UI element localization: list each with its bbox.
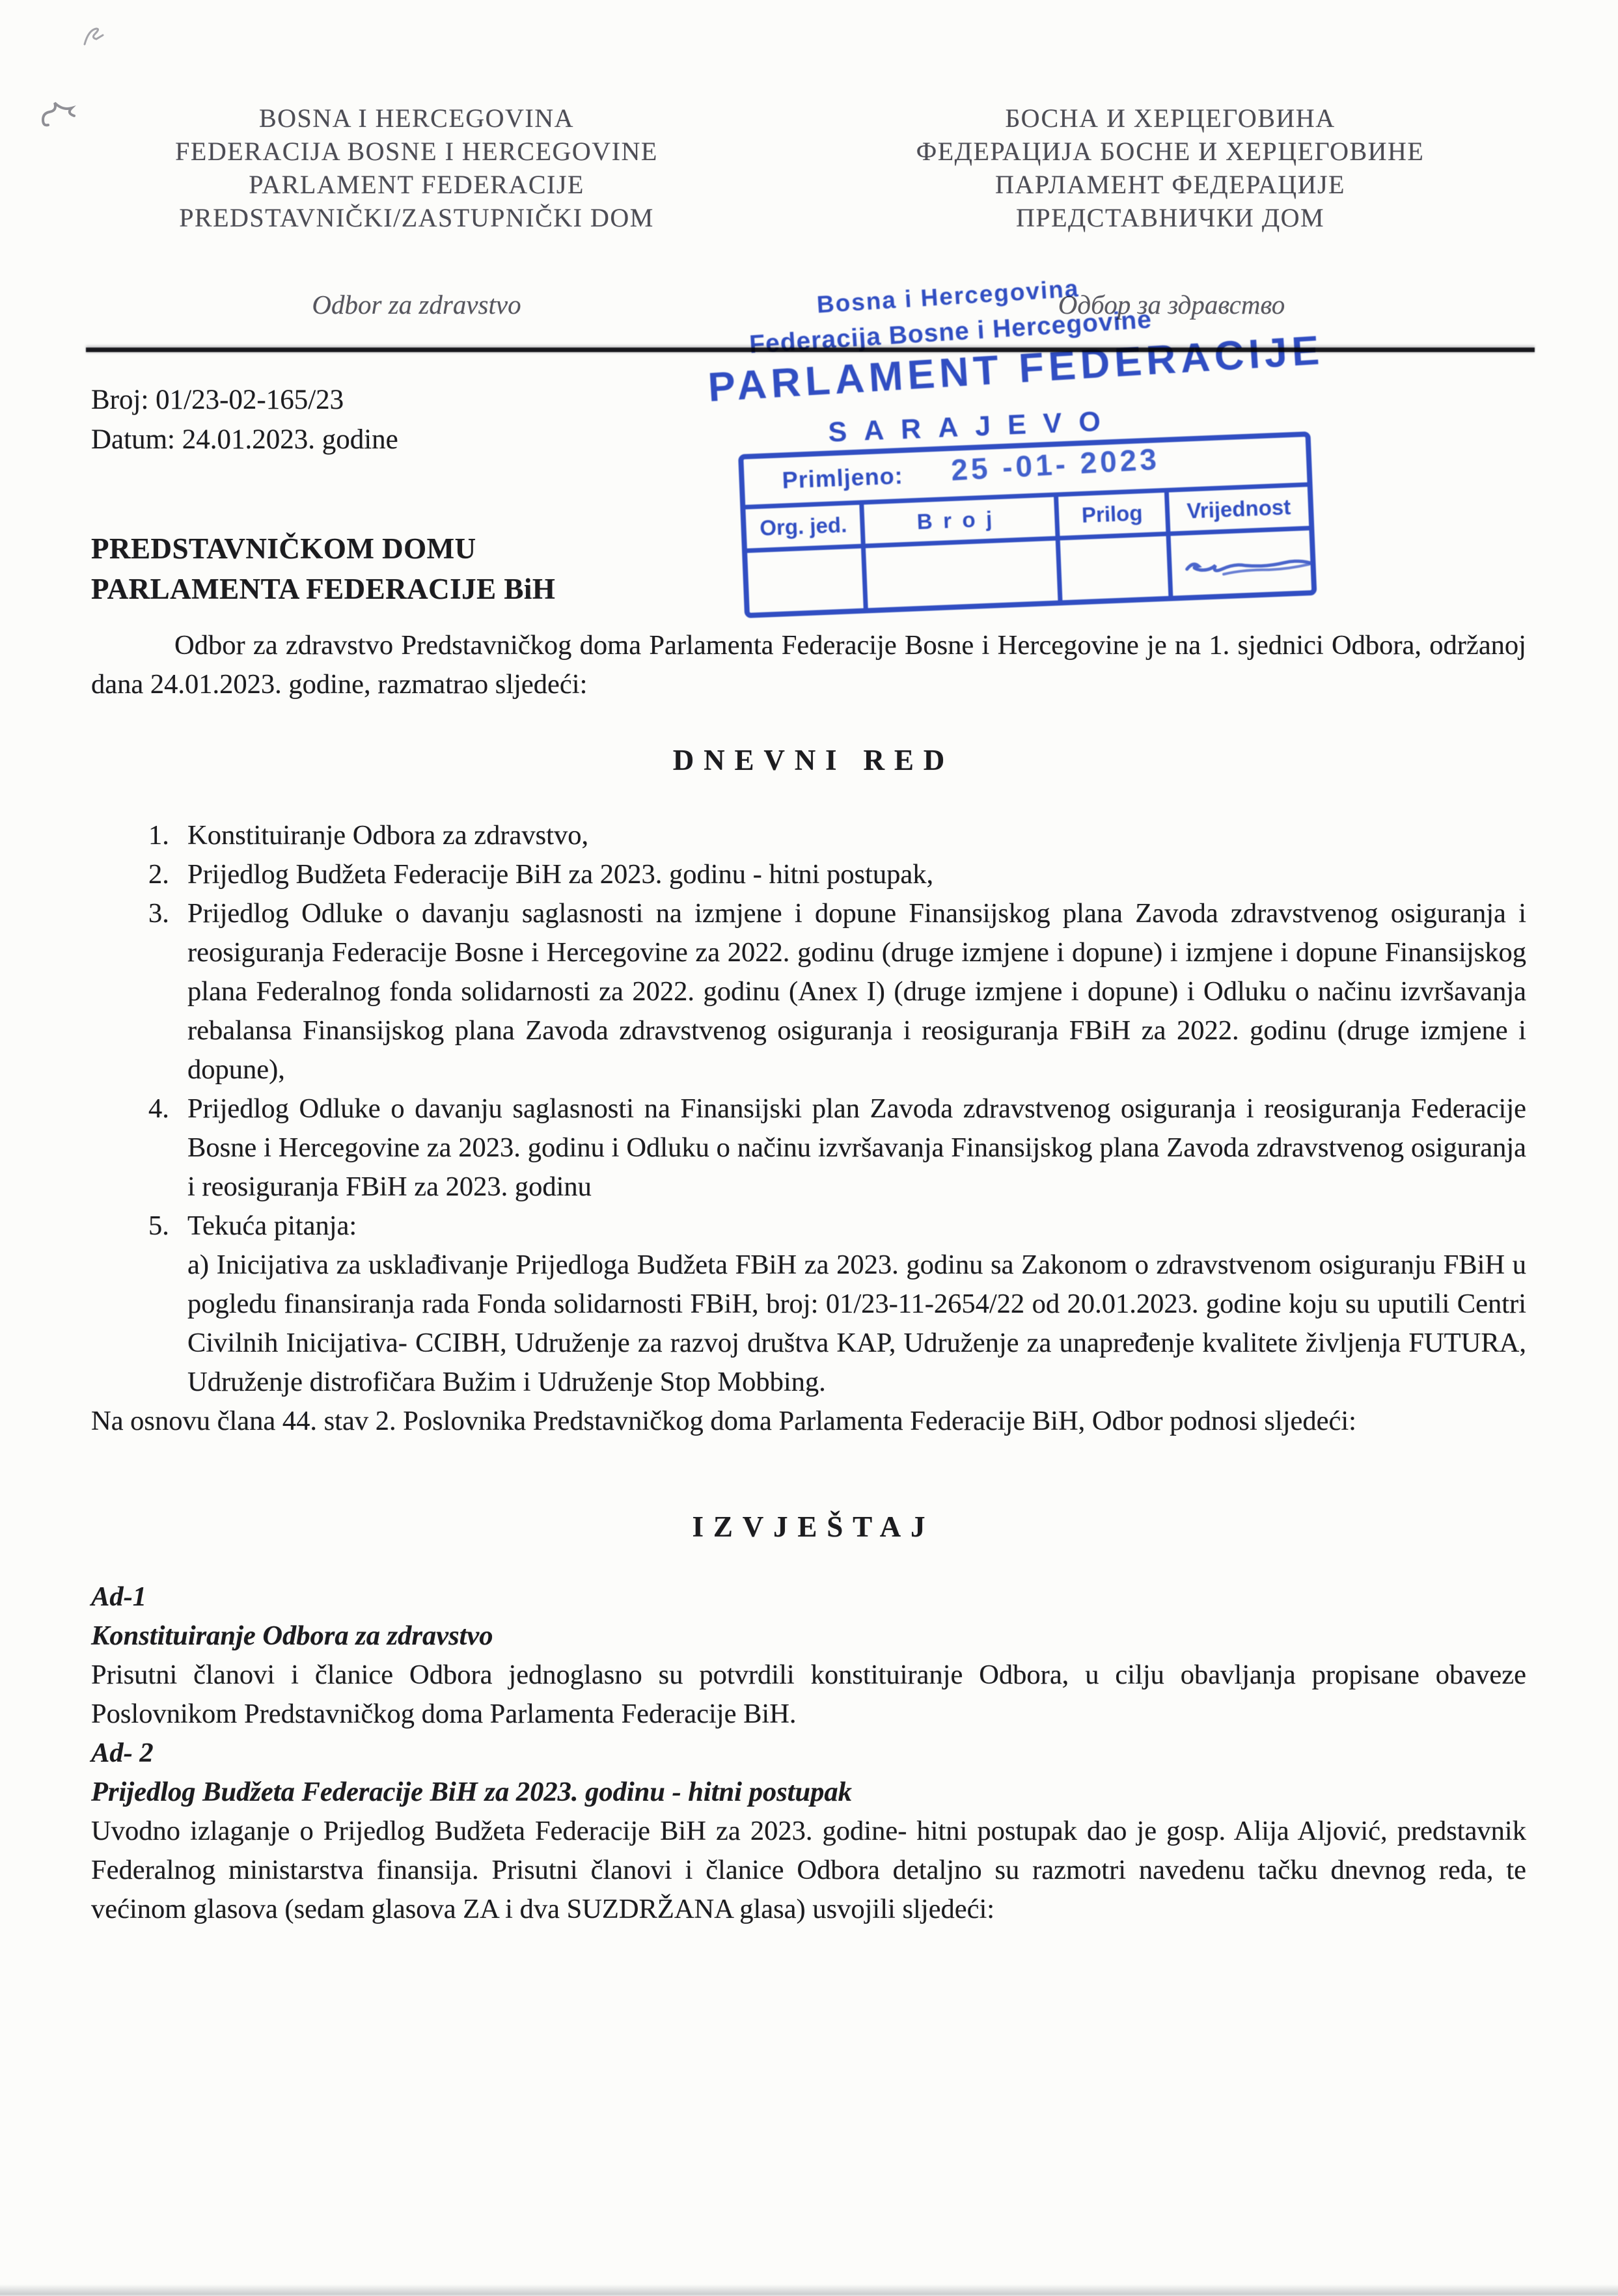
stamp-col-vrijednost: Vrijednost xyxy=(1164,487,1309,532)
recipient-line1: PREDSTAVNIČKOM DOMU xyxy=(91,528,555,569)
ad2-paragraph: Uvodno izlaganje o Prijedlog Budžeta Fed… xyxy=(91,1812,1526,1929)
agenda-item-5: Tekuća pitanja: a) Inicijativa za usklađ… xyxy=(187,1207,1526,1402)
ad1-heading: Konstituiranje Odbora za zdravstvo xyxy=(91,1617,1526,1656)
stamp-table: Primljeno: 25 -01- 2023 Org. jed. Broj P… xyxy=(738,431,1317,618)
stamp-col-prilog: Prilog xyxy=(1054,493,1166,536)
stamp-empty-cell xyxy=(1166,530,1311,596)
letterhead-left-line: FEDERACIJA BOSNE I HERCEGOVINE xyxy=(91,135,742,168)
legal-basis-paragraph: Na osnovu člana 44. stav 2. Poslovnika P… xyxy=(91,1402,1526,1441)
ad2-heading: Prijedlog Budžeta Federacije BiH za 2023… xyxy=(91,1773,1526,1812)
stamp-date: 25 -01- 2023 xyxy=(950,441,1160,487)
letterhead-left-line: PREDSTAVNIČKI/ZASTUPNIČKI DOM xyxy=(91,201,742,234)
pen-mark-left xyxy=(35,94,87,139)
letterhead-right-line: БОСНА И ХЕРЦЕГОВИНА xyxy=(845,102,1496,135)
pen-mark-top xyxy=(75,22,115,61)
ad1-label: Ad-1 xyxy=(91,1578,1526,1617)
stamp-empty-cell xyxy=(861,541,1058,608)
recipient-address: PREDSTAVNIČKOM DOMU PARLAMENTA FEDERACIJ… xyxy=(91,528,555,609)
letterhead-left-line: PARLAMENT FEDERACIJE xyxy=(91,168,742,201)
recipient-line2: PARLAMENTA FEDERACIJE BiH xyxy=(91,569,555,609)
agenda-item-4: Prijedlog Odluke o davanju saglasnosti n… xyxy=(187,1089,1526,1207)
committee-subtitle-latin: Odbor za zdravstvo xyxy=(169,289,664,320)
stamp-col-broj: Broj xyxy=(860,497,1056,544)
scan-edge-shadow xyxy=(0,2284,1618,2296)
reference-number: Broj: 01/23-02-165/23 xyxy=(91,380,398,420)
document-body: Odbor za zdravstvo Predstavničkog doma P… xyxy=(91,626,1526,1929)
stamp-empty-cell xyxy=(747,549,864,613)
agenda-item-3: Prijedlog Odluke o davanju saglasnosti n… xyxy=(187,894,1526,1089)
stamp-col-org-jed: Org. jed. xyxy=(745,505,861,549)
intro-paragraph: Odbor za zdravstvo Predstavničkog doma P… xyxy=(91,626,1526,704)
stamp-received-label: Primljeno: xyxy=(782,462,904,494)
agenda-item-2: Prijedlog Budžeta Federacije BiH za 2023… xyxy=(187,855,1526,894)
letterhead-left: BOSNA I HERCEGOVINA FEDERACIJA BOSNE I H… xyxy=(91,102,742,234)
agenda-item-5-text: Tekuća pitanja: xyxy=(187,1210,357,1241)
letterhead-right-line: ПРЕДСТАВНИЧКИ ДОМ xyxy=(845,201,1496,234)
received-stamp: Bosna i Hercegovina Federacija Bosne i H… xyxy=(700,266,1363,597)
stamp-scribble-mark xyxy=(1183,542,1315,580)
letterhead-right-line: ФЕДЕРАЦИЈА БОСНЕ И ХЕРЦЕГОВИНЕ xyxy=(845,135,1496,168)
reference-block: Broj: 01/23-02-165/23 Datum: 24.01.2023.… xyxy=(91,380,398,459)
agenda-list: Konstituiranje Odbora za zdravstvo, Prij… xyxy=(91,816,1526,1402)
ad2-label: Ad- 2 xyxy=(91,1734,1526,1773)
letterhead-right: БОСНА И ХЕРЦЕГОВИНА ФЕДЕРАЦИЈА БОСНЕ И Х… xyxy=(845,102,1496,234)
agenda-subitem-a: a) Inicijativa za usklađivanje Prijedlog… xyxy=(187,1246,1526,1402)
report-title: IZVJEŠTAJ xyxy=(91,1507,1526,1546)
stamp-empty-cell xyxy=(1056,536,1168,601)
agenda-title: DNEVNI RED xyxy=(91,741,1526,780)
reference-date: Datum: 24.01.2023. godine xyxy=(91,420,398,459)
scanned-document-page: BOSNA I HERCEGOVINA FEDERACIJA BOSNE I H… xyxy=(0,0,1618,2296)
ad1-paragraph: Prisutni članovi i članice Odbora jednog… xyxy=(91,1656,1526,1734)
letterhead-left-line: BOSNA I HERCEGOVINA xyxy=(91,102,742,135)
letterhead-right-line: ПАРЛАМЕНТ ФЕДЕРАЦИЈЕ xyxy=(845,168,1496,201)
agenda-item-1: Konstituiranje Odbora za zdravstvo, xyxy=(187,816,1526,855)
